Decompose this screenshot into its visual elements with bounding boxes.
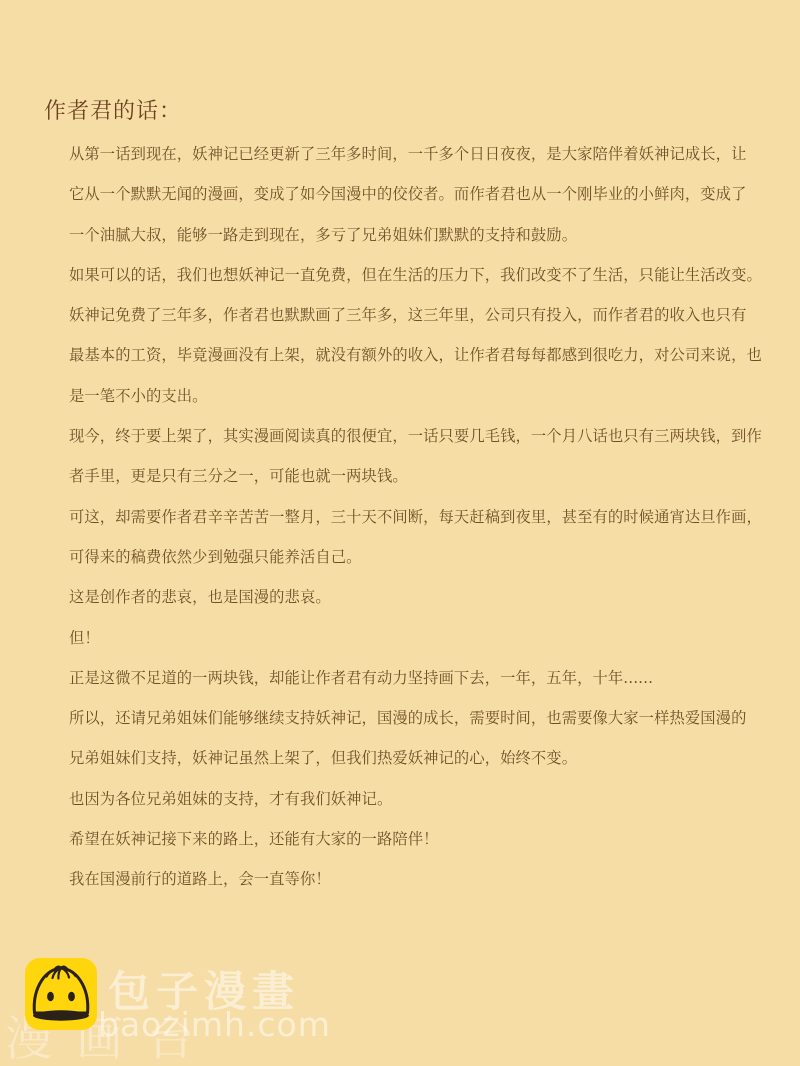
author-note-text: 从第一话到现在，妖神记已经更新了三年多时间，一千多个日日夜夜，是大家陪伴着妖神记… — [69, 134, 769, 900]
text-line: 所以，还请兄弟姐妹们能够继续支持妖神记，国漫的成长，需要时间，也需要像大家一样热… — [69, 698, 769, 738]
baozi-logo-icon — [25, 958, 97, 1030]
text-line: 我在国漫前行的道路上，会一直等你！ — [69, 859, 769, 899]
text-line: 正是这微不足道的一两块钱，却能让作者君有动力坚持画下去，一年，五年，十年....… — [69, 658, 769, 698]
text-line: 如果可以的话，我们也想妖神记一直免费，但在生活的压力下，我们改变不了生活，只能让… — [69, 255, 769, 295]
text-line: 现今，终于要上架了，其实漫画阅读真的很便宜，一话只要几毛钱，一个月八话也只有三两… — [69, 416, 769, 456]
text-line: 这是创作者的悲哀，也是国漫的悲哀。 — [69, 577, 769, 617]
author-note-page: 作者君的话： 从第一话到现在，妖神记已经更新了三年多时间，一千多个日日夜夜，是大… — [0, 0, 800, 1066]
text-line: 妖神记免费了三年多，作者君也默默画了三年多，这三年里，公司只有投入，而作者君的收… — [69, 295, 769, 335]
text-line: 从第一话到现在，妖神记已经更新了三年多时间，一千多个日日夜夜，是大家陪伴着妖神记… — [69, 134, 769, 174]
text-line: 兄弟姐妹们支持，妖神记虽然上架了，但我们热爱妖神记的心，始终不变。 — [69, 738, 769, 778]
text-line: 者手里，更是只有三分之一，可能也就一两块钱。 — [69, 456, 769, 496]
text-line: 可得来的稿费依然少到勉强只能养活自己。 — [69, 537, 769, 577]
text-line: 一个油腻大叔，能够一路走到现在，多亏了兄弟姐妹们默默的支持和鼓励。 — [69, 215, 769, 255]
page-title: 作者君的话： — [44, 94, 182, 125]
text-line: 最基本的工资，毕竟漫画没有上架，就没有额外的收入，让作者君每每都感到很吃力，对公… — [69, 335, 769, 375]
text-line: 但！ — [69, 618, 769, 658]
text-line: 希望在妖神记接下来的路上，还能有大家的一路陪伴！ — [69, 819, 769, 859]
domain-watermark-text: baozimh.com — [98, 1005, 331, 1044]
text-line: 可这，却需要作者君辛辛苦苦一整月，三十天不间断，每天赶稿到夜里，甚至有的时候通宵… — [69, 497, 769, 537]
text-line: 它从一个默默无闻的漫画，变成了如今国漫中的佼佼者。而作者君也从一个刚毕业的小鲜肉… — [69, 174, 769, 214]
text-line: 也因为各位兄弟姐妹的支持，才有我们妖神记。 — [69, 779, 769, 819]
text-line: 是一笔不小的支出。 — [69, 376, 769, 416]
